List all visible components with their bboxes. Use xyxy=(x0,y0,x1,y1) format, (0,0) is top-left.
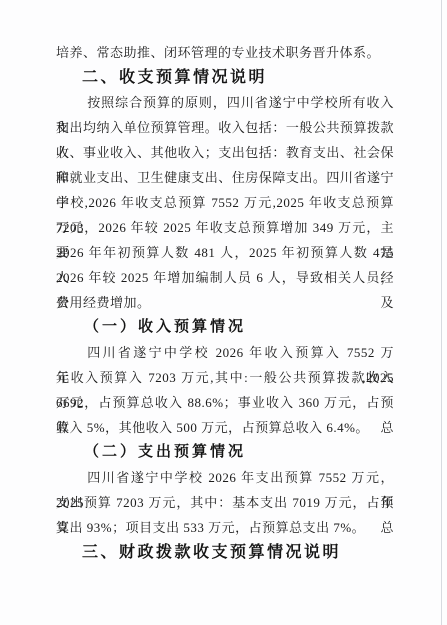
page-right-edge-line xyxy=(441,0,442,625)
text-line: 收入 5%，其他收入 500 万元，占预算总收入 6.4%。 xyxy=(56,415,394,440)
text-line: 和就业支出、卫生健康支出、住房保障支出。四川省遂宁中 xyxy=(56,165,394,190)
section-heading: 二、收支预算情况说明 xyxy=(56,65,394,90)
section-heading: 三、财政拨款收支预算情况说明 xyxy=(56,540,394,565)
text-line: 四川省遂宁中学校 2026 年支出预算 7552 万元，2025 年 xyxy=(56,465,394,490)
text-line: 年收入预算入 7203 万元,其中:一般公共预算拨款收入 6692 xyxy=(56,365,394,390)
text-line: 万元，2026 年较 2025 年收支总预算增加 349 万元，主要是 xyxy=(56,215,394,240)
text-line: 按照综合预算的原则，四川省遂宁中学校所有收入和 xyxy=(56,90,394,115)
text-line: 2026 年较 2025 年增加编制人员 6 人，导致相关人员经费及 xyxy=(56,265,394,290)
text-line: 支出 93%；项目支出 533 万元，占预算总支出 7%。 xyxy=(56,515,394,540)
document-text-block: 培养、常态助推、闭环管理的专业技术职务晋升体系。二、收支预算情况说明按照综合预算… xyxy=(56,40,394,565)
text-line: 培养、常态助推、闭环管理的专业技术职务晋升体系。 xyxy=(56,40,394,65)
text-line: 学校,2026 年收支总预算 7552 万元,2025 年收支总预算 7203 xyxy=(56,190,394,215)
document-page: 培养、常态助推、闭环管理的专业技术职务晋升体系。二、收支预算情况说明按照综合预算… xyxy=(0,0,447,625)
text-line: 支出均纳入单位预算管理。收入包括：一般公共预算拨款收 xyxy=(56,115,394,140)
text-line: 支出预算 7203 万元，其中：基本支出 7019 万元，占预算总 xyxy=(56,490,394,515)
section-heading: （一）收入预算情况 xyxy=(56,315,394,340)
section-heading: （二）支出预算情况 xyxy=(56,440,394,465)
text-line: 万元，占预算总收入 88.6%；事业收入 360 万元，占预算总 xyxy=(56,390,394,415)
text-line: 入、事业收入、其他收入；支出包括：教育支出、社会保障 xyxy=(56,140,394,165)
text-line: 四川省遂宁中学校 2026 年收入预算入 7552 万元,2025 xyxy=(56,340,394,365)
text-line: 2026 年年初预算人数 481 人，2025 年初预算人数 475 人， xyxy=(56,240,394,265)
